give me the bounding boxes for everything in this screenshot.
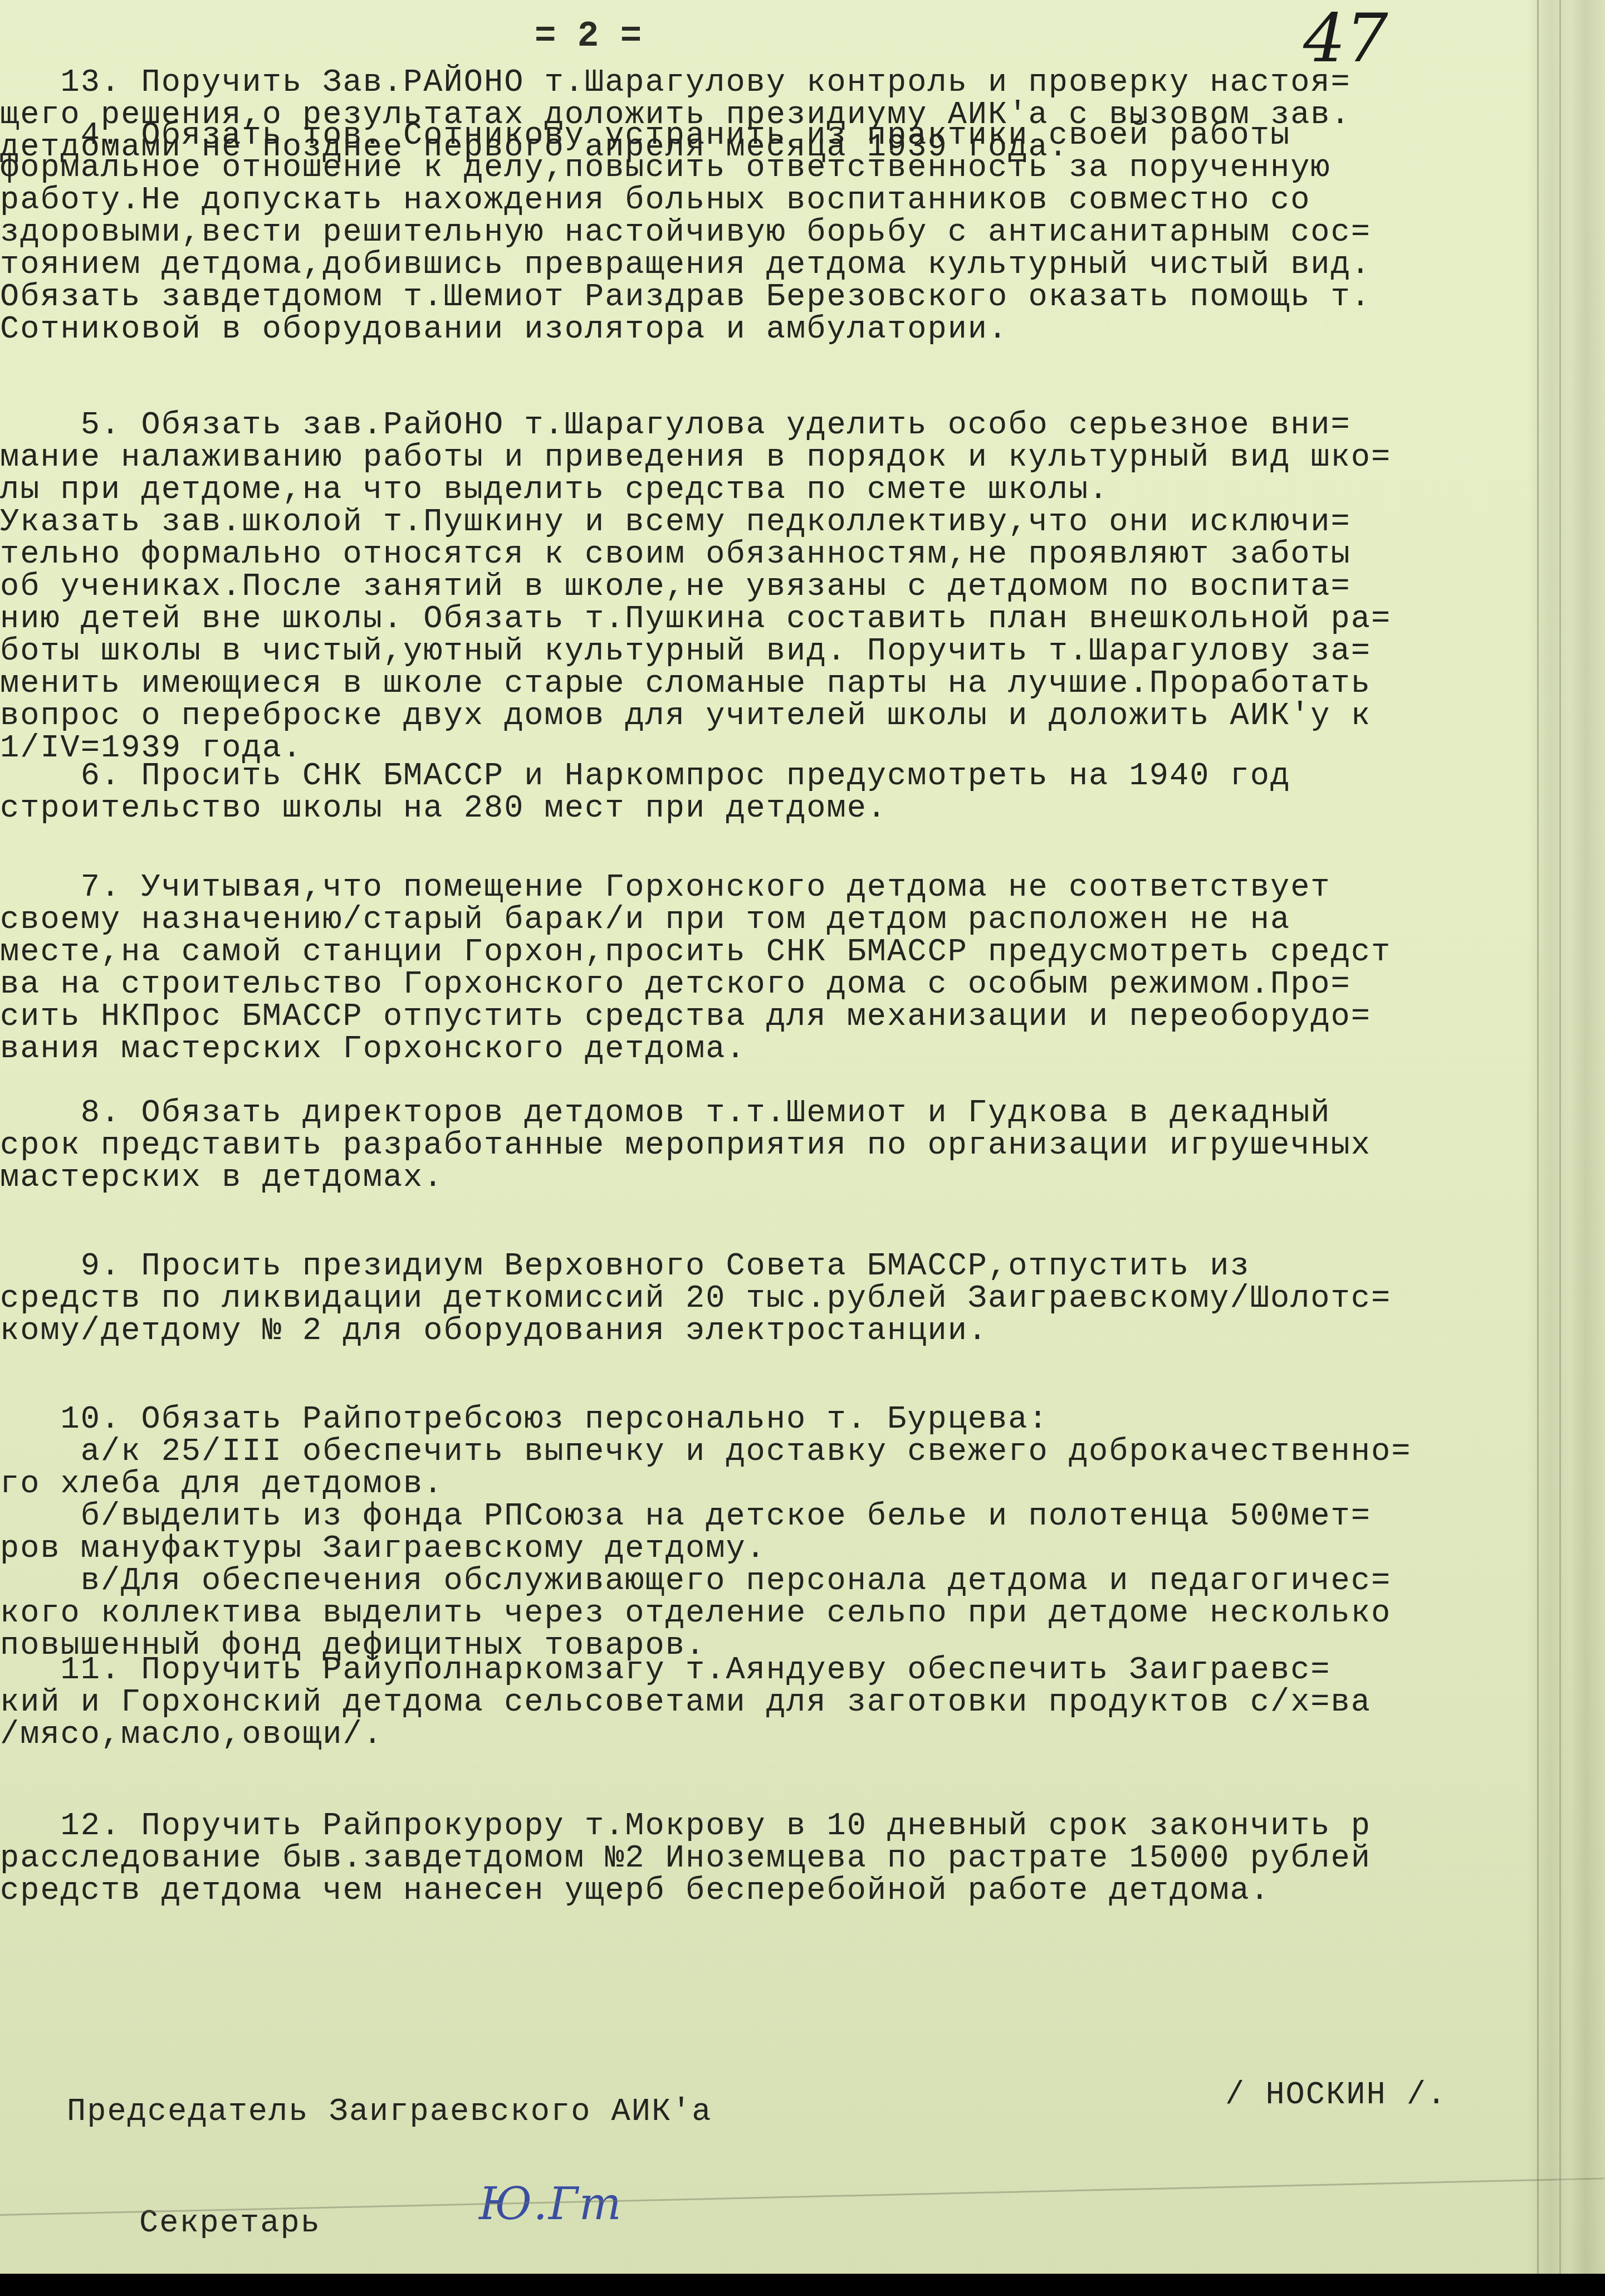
text-line: кому/детдому № 2 для оборудования электр…: [0, 1315, 1391, 1347]
text-line: лы при детдоме,на что выделить средства …: [0, 474, 1391, 506]
text-line: Указать зав.школой т.Пушкину и всему пед…: [0, 506, 1391, 539]
text-line: расследование быв.завдетдомом №2 Иноземц…: [0, 1843, 1371, 1875]
text-line: вопрос о переброске двух домов для учите…: [0, 700, 1391, 732]
text-line: вания мастерских Горхонского детдома.: [0, 1033, 1391, 1066]
chairman-title: Председатель Заиграевского АИК'а: [67, 2094, 712, 2130]
text-line: своему назначению/старый барак/и при том…: [0, 904, 1391, 936]
text-line: срок представить разработанные мероприят…: [0, 1130, 1371, 1162]
text-line: 7. Учитывая,что помещение Горхонского де…: [0, 872, 1391, 904]
resolution-item-5: 5. Обязать зав.РайОНО т.Шарагулова удели…: [0, 409, 1391, 765]
text-line: менить имеющиеся в школе старые сломаные…: [0, 668, 1391, 700]
text-line: 6. Просить СНК БМАССР и Наркомпрос преду…: [0, 760, 1290, 793]
text-line: тельно формально относятся к своим обяза…: [0, 539, 1391, 571]
text-line: 8. Обязать директоров детдомов т.т.Шемио…: [0, 1097, 1371, 1130]
page-fold-line: [1559, 0, 1561, 2281]
resolution-item-11: 11. Поручить Райуполнаркомзагу т.Аяндуев…: [0, 1654, 1371, 1751]
text-line: 11. Поручить Райуполнаркомзагу т.Аяндуев…: [0, 1654, 1371, 1687]
text-line: работу.Не допускать нахождения больных в…: [0, 184, 1371, 217]
text-line: детдомами не позднее первого апреля меся…: [0, 131, 1351, 164]
resolution-item-6: 6. Просить СНК БМАССР и Наркомпрос преду…: [0, 760, 1290, 825]
text-line: кого коллектива выделить через отделение…: [0, 1598, 1411, 1630]
text-line: нию детей вне школы. Обязать т.Пушкина с…: [0, 603, 1391, 636]
resolution-item-7: 7. Учитывая,что помещение Горхонского де…: [0, 872, 1391, 1066]
text-line: 9. Просить президиум Верховного Совета Б…: [0, 1250, 1391, 1283]
text-line: кий и Горхонский детдома сельсоветами дл…: [0, 1687, 1371, 1719]
resolution-item-13: 13. Поручить Зав.РАЙОНО т.Шарагулову кон…: [0, 67, 1351, 164]
page-fold-line: [1537, 0, 1539, 2281]
text-line: здоровыми,вести решительную настойчивую …: [0, 217, 1371, 249]
resolution-item-9: 9. Просить президиум Верховного Совета Б…: [0, 1250, 1391, 1347]
resolution-item-12: 12. Поручить Райпрокурору т.Мокрову в 10…: [0, 1810, 1371, 1907]
text-line: боты школы в чистый,уютный культурный ви…: [0, 636, 1391, 668]
chairman-name: / НОСКИН /.: [1225, 2078, 1447, 2113]
resolution-item-8: 8. Обязать директоров детдомов т.т.Шемио…: [0, 1097, 1371, 1194]
text-line: б/выделить из фонда РПСоюза на детское б…: [0, 1501, 1411, 1533]
scan-background: [0, 2274, 1605, 2296]
text-line: месте,на самой станции Горхон,просить СН…: [0, 936, 1391, 969]
text-line: Сотниковой в оборудовании изолятора и ам…: [0, 314, 1371, 346]
text-line: ров мануфактуры Заиграевскому детдому.: [0, 1533, 1411, 1565]
text-line: /мясо,масло,овощи/.: [0, 1719, 1371, 1751]
text-line: а/к 25/III обеспечить выпечку и доставку…: [0, 1436, 1411, 1468]
text-line: сить НКПрос БМАССР отпустить средства дл…: [0, 1001, 1391, 1033]
text-line: строительство школы на 280 мест при детд…: [0, 793, 1290, 825]
text-line: Обязать завдетдомом т.Шемиот Раиздрав Бе…: [0, 281, 1371, 314]
text-line: в/Для обеспечения обслуживающего персона…: [0, 1565, 1411, 1598]
document-page: = 2 = 47 4. Обязать тов. Сотникову устра…: [0, 0, 1605, 2281]
text-line: ва на строительство Горхонского детского…: [0, 969, 1391, 1001]
text-line: тоянием детдома,добившись превращения де…: [0, 249, 1371, 281]
text-line: 10. Обязать Райпотребсоюз персонально т.…: [0, 1404, 1411, 1436]
page-number: = 2 =: [535, 17, 642, 57]
text-line: средств по ликвидации деткомиссий 20 тыс…: [0, 1283, 1391, 1315]
paper-tear-line: [0, 2178, 1604, 2216]
resolution-item-10: 10. Обязать Райпотребсоюз персонально т.…: [0, 1404, 1411, 1662]
text-line: щего решения,о результатах доложить през…: [0, 99, 1351, 131]
text-line: об учениках.После занятий в школе,не увя…: [0, 571, 1391, 603]
text-line: мастерских в детдомах.: [0, 1162, 1371, 1194]
text-line: го хлеба для детдомов.: [0, 1468, 1411, 1501]
text-line: 12. Поручить Райпрокурору т.Мокрову в 10…: [0, 1810, 1371, 1843]
text-line: средств детдома чем нанесен ущерб беспер…: [0, 1875, 1371, 1907]
text-line: мание налаживанию работы и приведения в …: [0, 442, 1391, 474]
text-line: 13. Поручить Зав.РАЙОНО т.Шарагулову кон…: [0, 67, 1351, 99]
text-line: 5. Обязать зав.РайОНО т.Шарагулова удели…: [0, 409, 1391, 442]
